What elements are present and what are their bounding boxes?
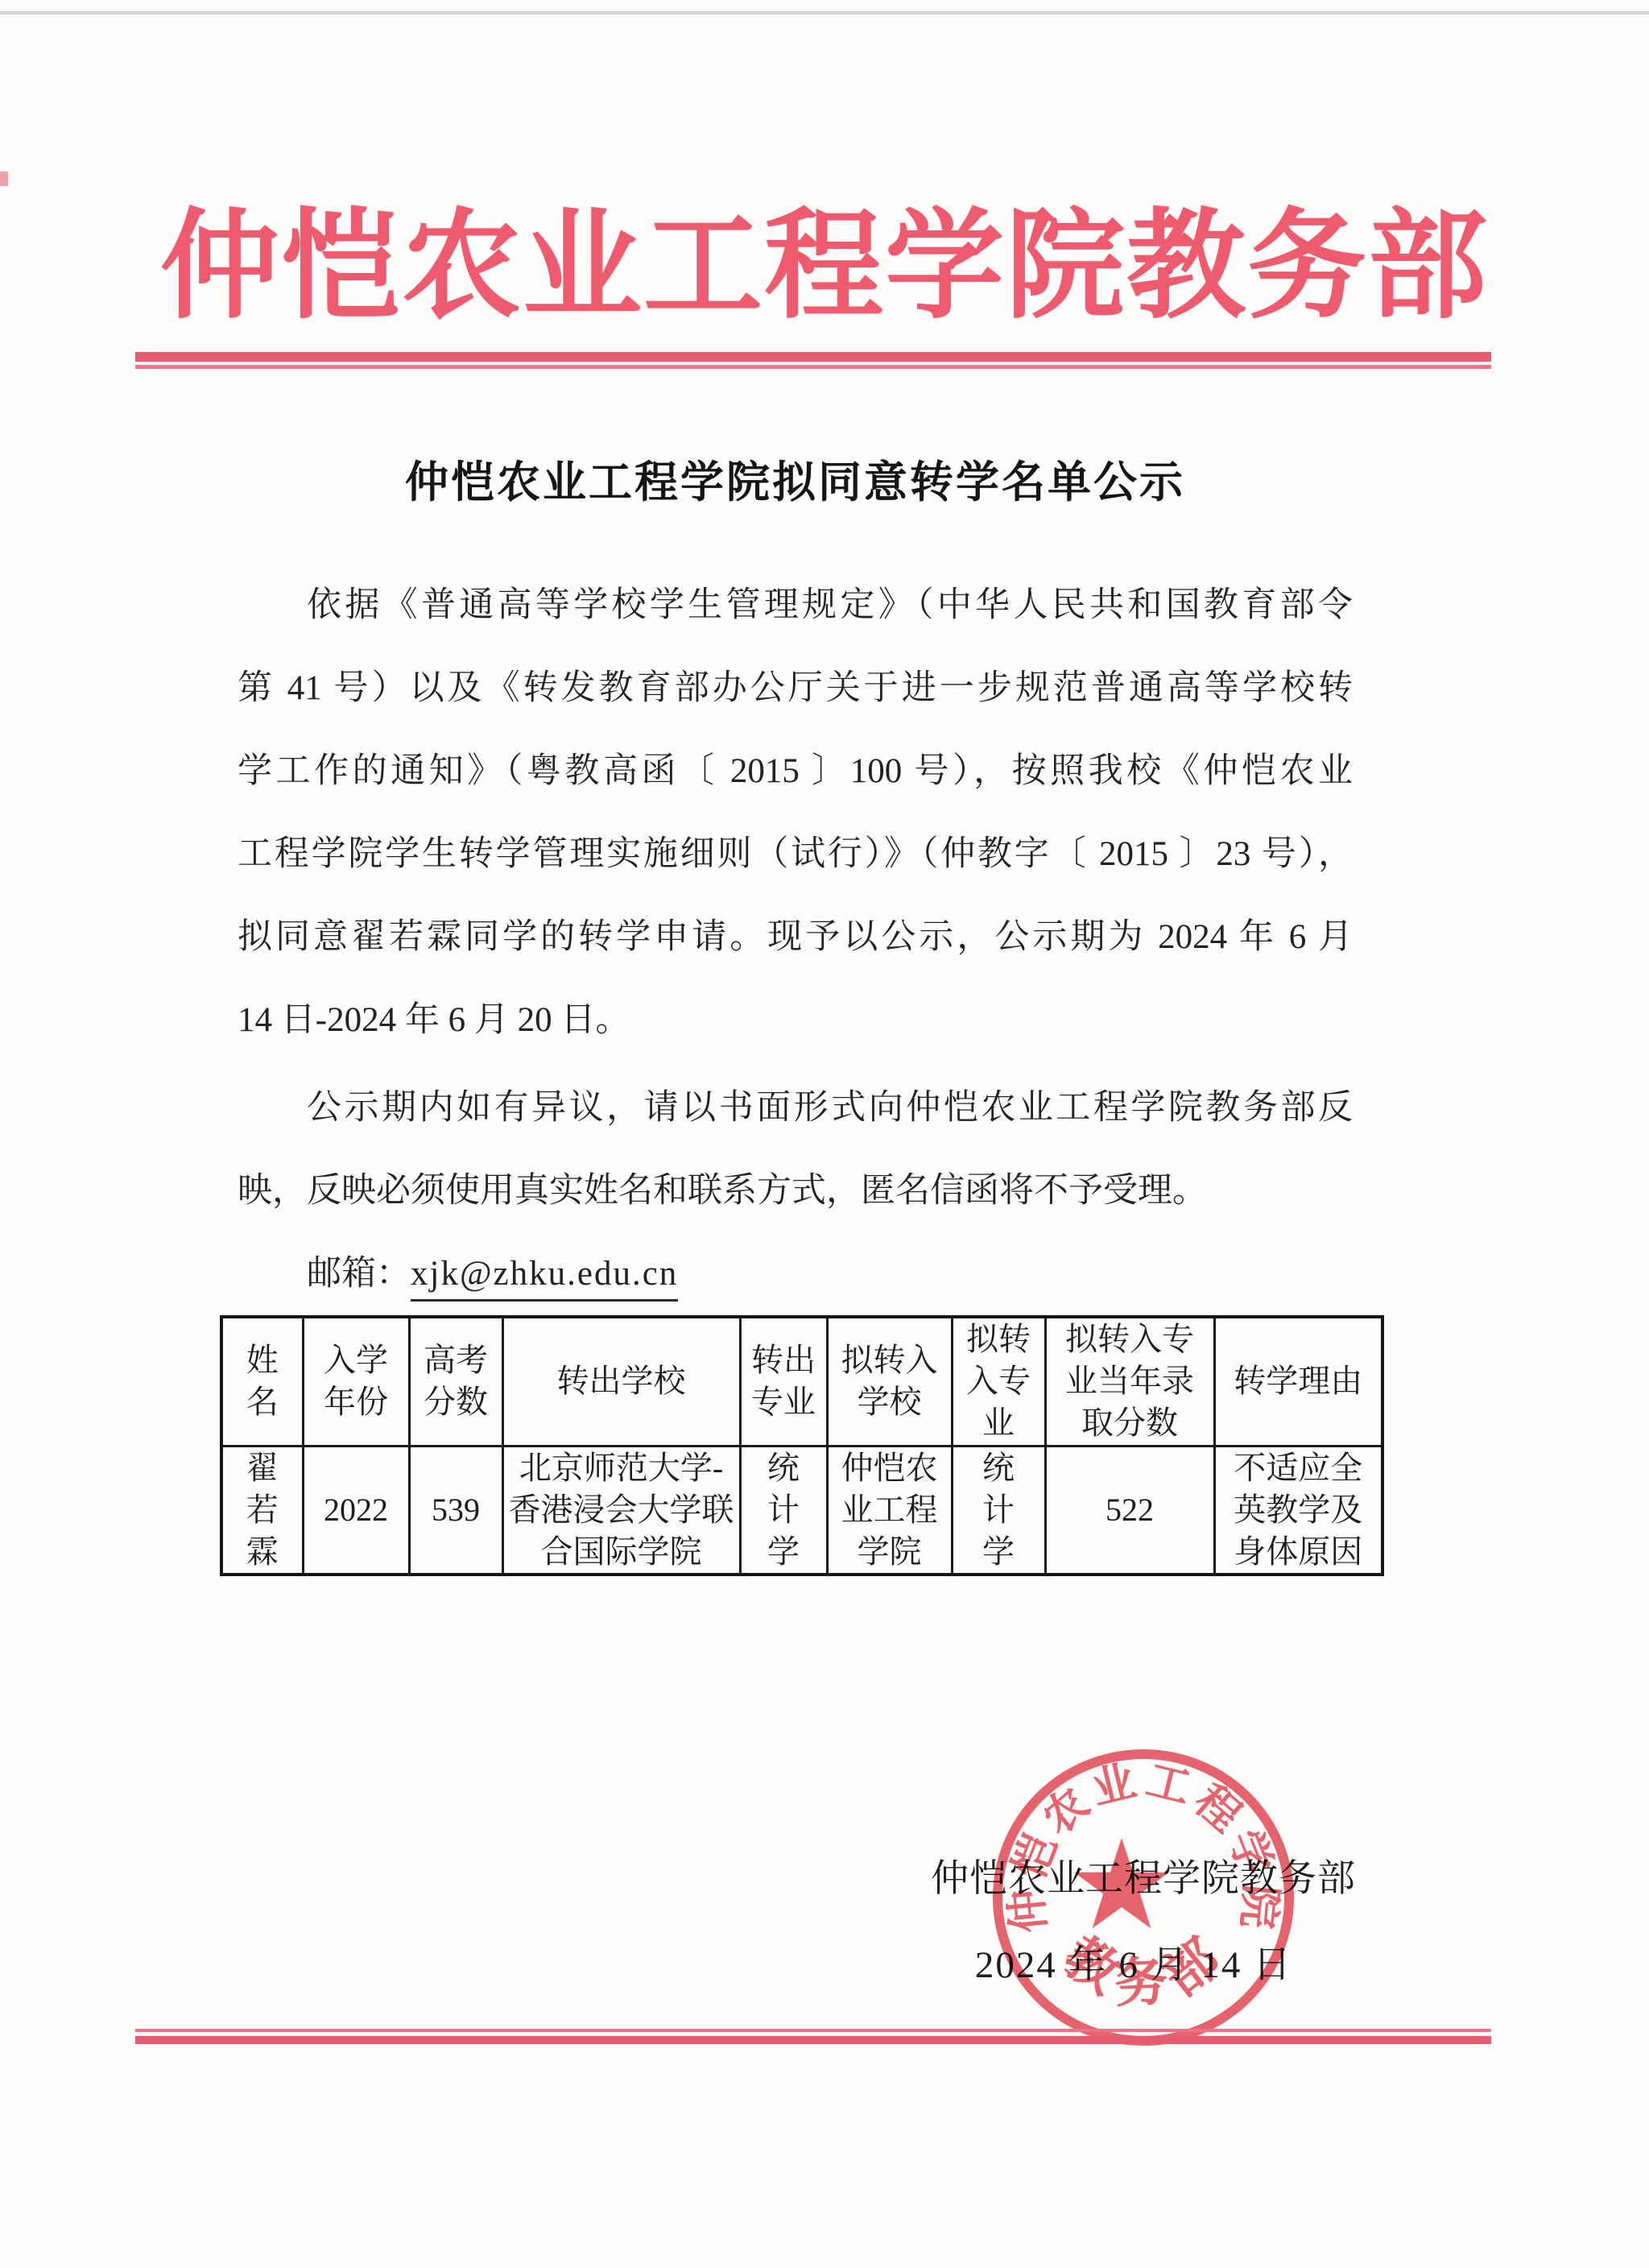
body-line: 学工作的通知》（粤教高函〔 2015 〕100 号），按照我校《仲恺农业	[238, 730, 1353, 813]
header-from-major: 转出 专业	[740, 1317, 827, 1446]
footer-rule-thin	[135, 2029, 1491, 2032]
body-line: 14 日-2024 年 6 月 20 日。	[238, 979, 1353, 1062]
header-enroll-year: 入学 年份	[303, 1317, 409, 1446]
header-to-major: 拟转 入专 业	[952, 1317, 1045, 1446]
scanned-document-page: 仲恺农业工程学院教务部 仲恺农业工程学院拟同意转学名单公示 依据《普通高等学校学…	[0, 0, 1649, 2268]
document-body: 依据《普通高等学校学生管理规定》（中华人民共和国教育部令 第 41 号）以及《转…	[238, 564, 1353, 1315]
cell-gaokao-score: 539	[409, 1446, 502, 1575]
header-name: 姓 名	[221, 1317, 303, 1446]
header-from-school: 转出学校	[502, 1317, 740, 1446]
cell-to-major-score: 522	[1045, 1446, 1214, 1575]
body-line: 第 41 号）以及《转发教育部办公厅关于进一步规范普通高等学校转	[238, 647, 1353, 730]
header-to-major-score: 拟转入专 业当年录 取分数	[1045, 1317, 1214, 1446]
cell-to-major: 统 计 学	[952, 1446, 1045, 1575]
table-header-row: 姓 名 入学 年份 高考 分数 转出学校 转出 专业 拟转入 学校 拟转 入专 …	[221, 1317, 1382, 1446]
email-label: 邮箱：	[307, 1255, 411, 1293]
cell-to-school: 仲恺农 业工程 学院	[827, 1446, 952, 1575]
scan-artifact-pink-dash	[0, 172, 8, 186]
transfer-roster-table: 姓 名 入学 年份 高考 分数 转出学校 转出 专业 拟转入 学校 拟转 入专 …	[220, 1315, 1384, 1576]
official-seal-stamp: 仲恺农业工程学院 教务部	[987, 1743, 1300, 2052]
document-title: 仲恺农业工程学院拟同意转学名单公示	[238, 448, 1353, 510]
cell-transfer-reason: 不适应全 英教学及 身体原因	[1214, 1446, 1382, 1575]
header-to-school: 拟转入 学校	[827, 1317, 952, 1446]
body-line: 工程学院学生转学管理实施细则（试行）》（仲教字〔 2015 〕23 号），	[238, 813, 1353, 896]
body-line: 拟同意翟若霖同学的转学申请。现予以公示，公示期为 2024 年 6 月	[238, 896, 1353, 979]
seal-bottom-text: 教务部	[1053, 1922, 1240, 2013]
body-line: 依据《普通高等学校学生管理规定》（中华人民共和国教育部令	[238, 564, 1353, 647]
cell-from-major: 统 计 学	[740, 1446, 827, 1575]
letterhead-rule-thin	[135, 365, 1491, 369]
email-address: xjk@zhku.edu.cn	[411, 1255, 678, 1302]
seal-star-icon	[1074, 1838, 1169, 1928]
cell-from-school: 北京师范大学- 香港浸会大学联 合国际学院	[502, 1446, 740, 1575]
table-row: 翟 若 霖 2022 539 北京师范大学- 香港浸会大学联 合国际学院 统 计…	[221, 1446, 1382, 1575]
email-line: 邮箱：xjk@zhku.edu.cn	[238, 1232, 1353, 1315]
body-line: 映，反映必须使用真实姓名和联系方式，匿名信函将不予受理。	[238, 1149, 1353, 1232]
cell-enroll-year: 2022	[303, 1446, 409, 1575]
letterhead-title: 仲恺农业工程学院教务部	[0, 203, 1649, 332]
footer-rule-thick	[135, 2036, 1491, 2044]
header-transfer-reason: 转学理由	[1214, 1317, 1382, 1446]
letterhead-rule-thick	[135, 352, 1491, 362]
cell-name: 翟 若 霖	[221, 1446, 303, 1575]
header-gaokao-score: 高考 分数	[409, 1317, 502, 1446]
scan-artifact-top-line	[0, 11, 1649, 14]
body-line: 公示期内如有异议，请以书面形式向仲恺农业工程学院教务部反	[238, 1066, 1353, 1149]
